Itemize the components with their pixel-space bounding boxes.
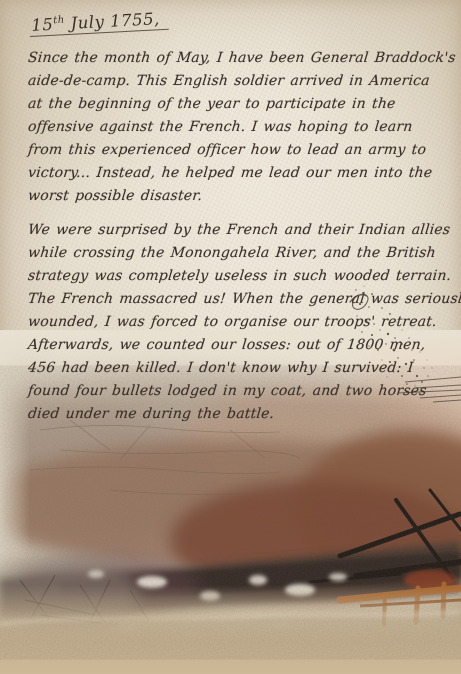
journal-line: worst possible disaster.	[27, 185, 440, 208]
journal-line: while crossing the Monongahela River, an…	[27, 242, 440, 265]
journal-line: Since the month of May, I have been Gene…	[27, 47, 440, 70]
journal-line: aide-de-camp. This English soldier arriv…	[27, 70, 440, 93]
journal-line: died under me during the battle.	[27, 403, 440, 426]
date-day: 15	[31, 15, 54, 35]
ink-splatter-icon	[322, 272, 447, 402]
paragraph-1: Since the month of May, I have been Gene…	[28, 47, 439, 208]
journal-line: victory... Instead, he helped me lead ou…	[27, 162, 440, 185]
journal-line: at the beginning of the year to particip…	[27, 93, 440, 116]
journal-line: We were surprised by the French and thei…	[27, 219, 440, 242]
date-heading: 15th July 1755,	[29, 9, 168, 37]
journal-page: 15th July 1755, Since the month of May, …	[0, 0, 461, 674]
journal-line: from this experienced officer how to lea…	[27, 139, 440, 162]
date-rest: July 1755,	[64, 9, 160, 33]
journal-line: offensive against the French. I was hopi…	[27, 116, 440, 139]
